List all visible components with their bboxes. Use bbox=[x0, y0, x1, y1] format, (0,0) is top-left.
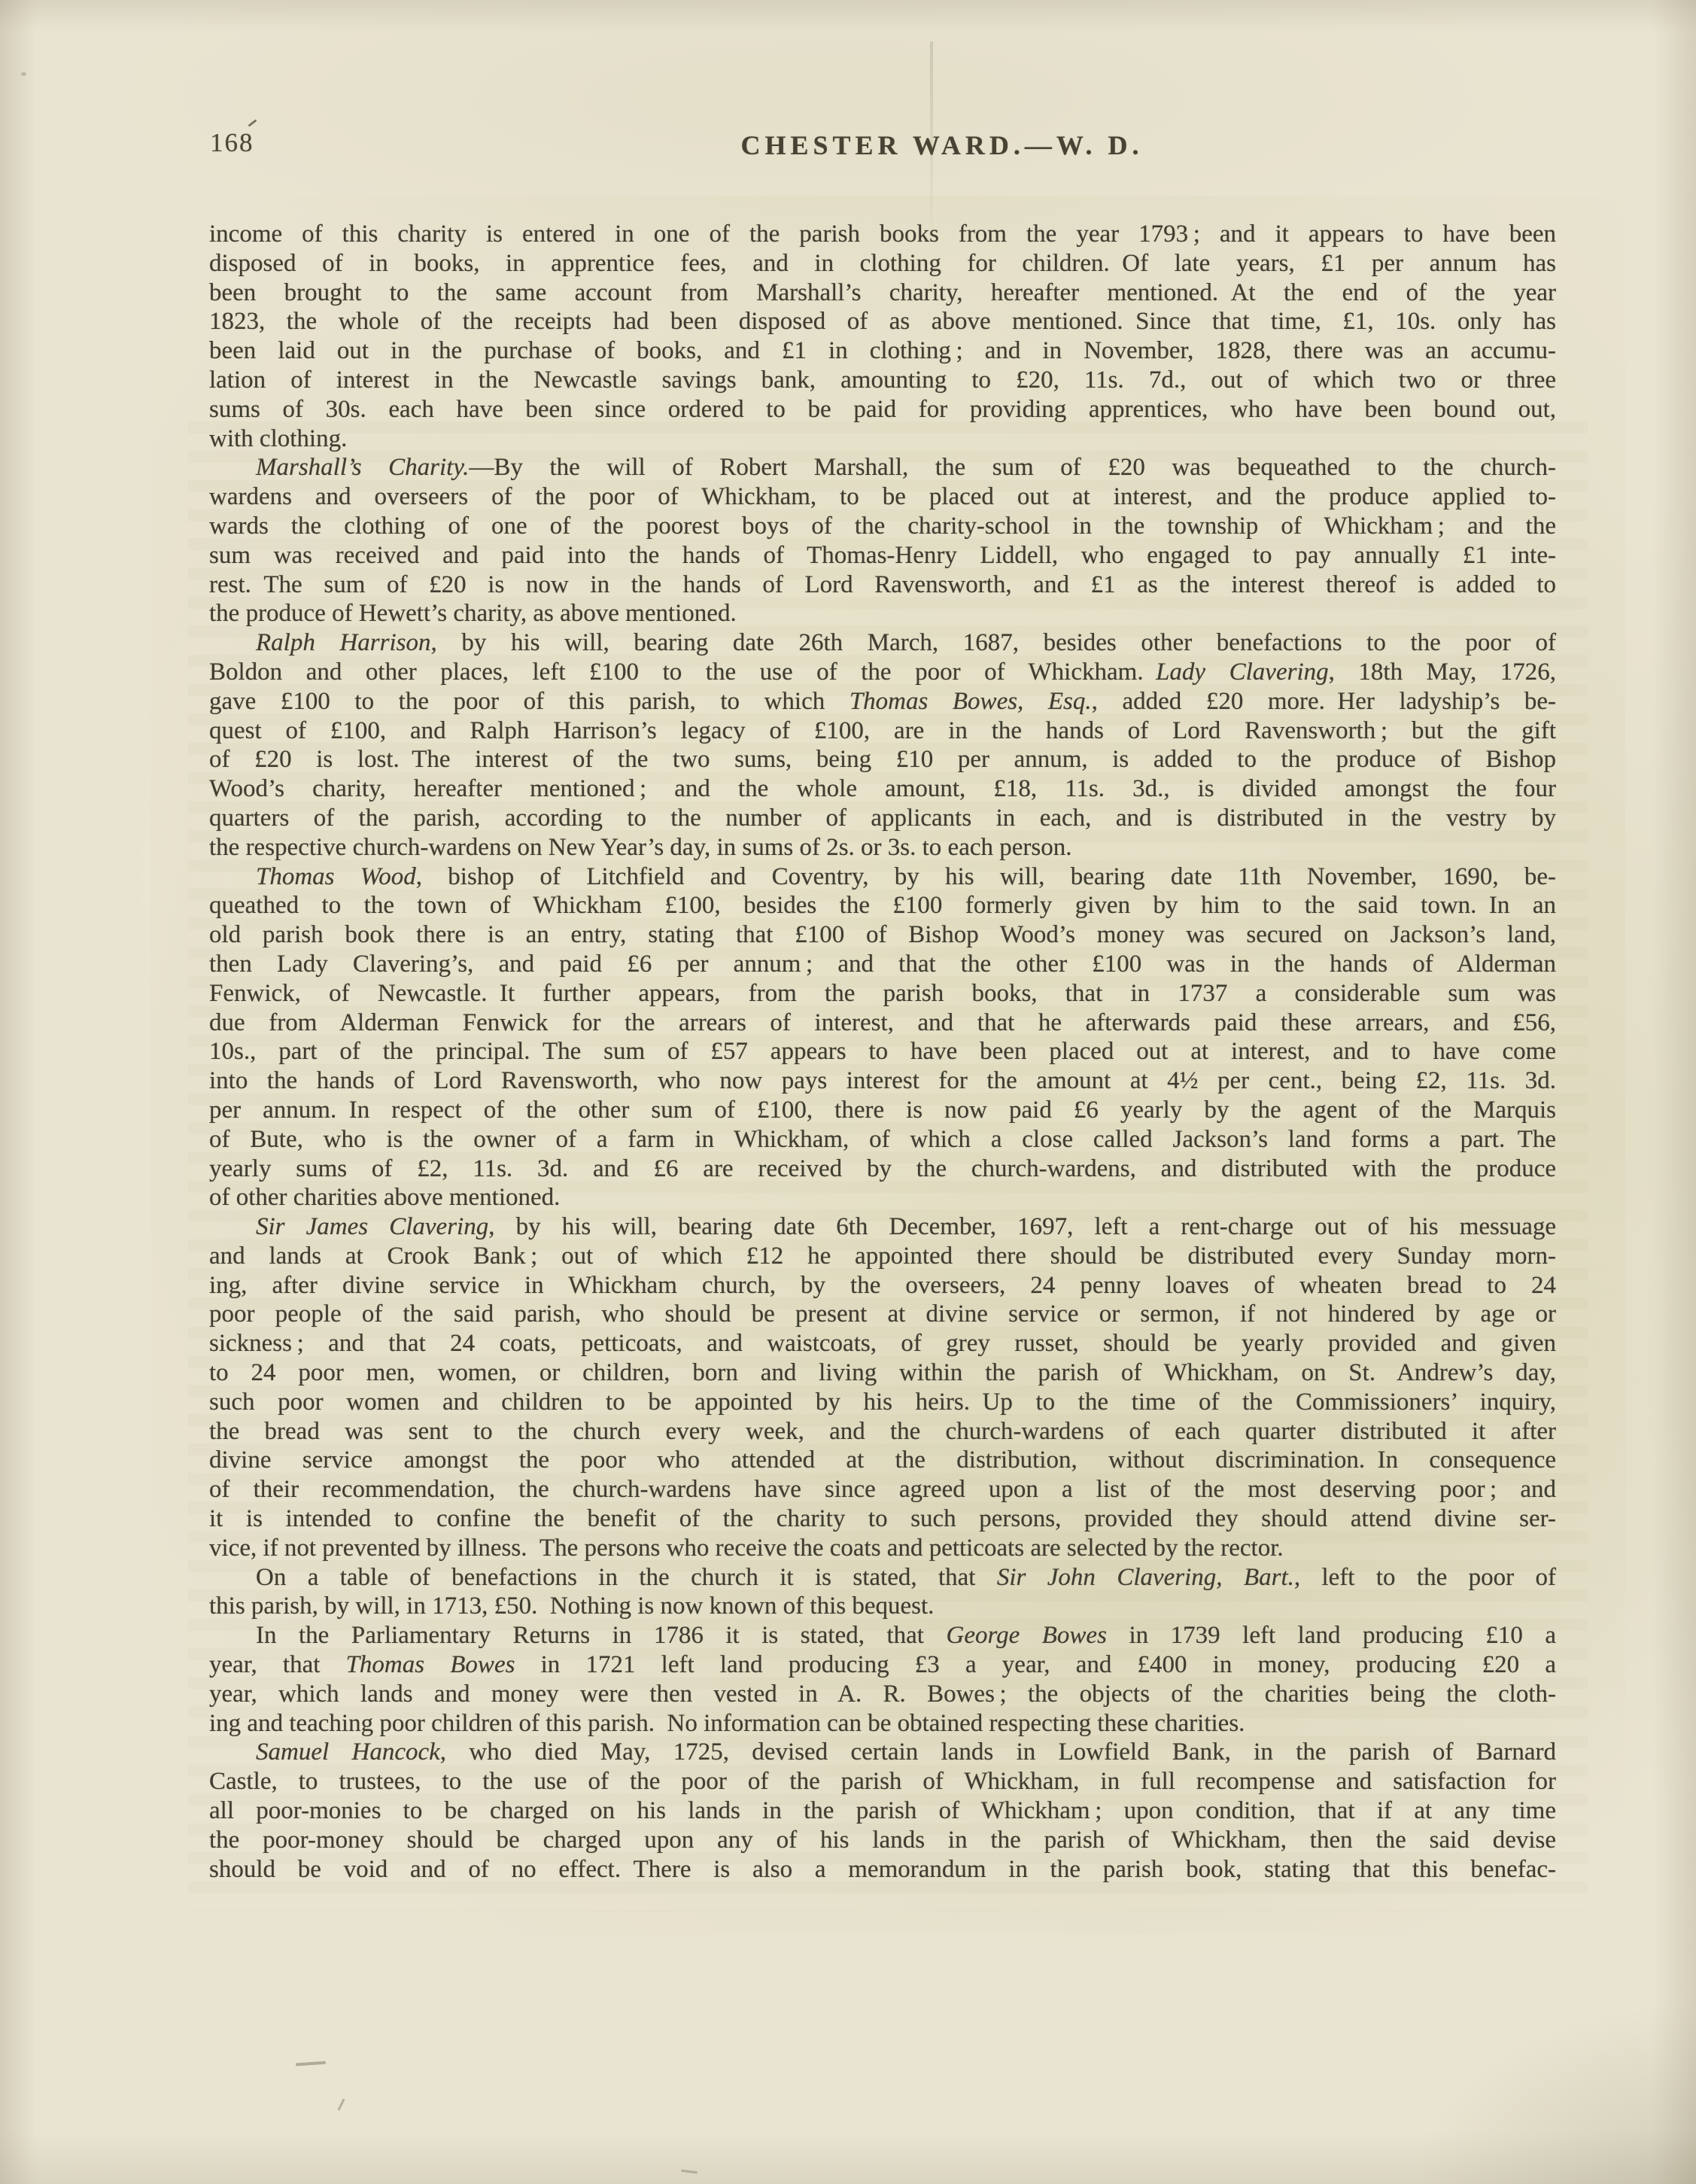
italic-text: George Bowes bbox=[947, 1622, 1107, 1649]
text-line: 10s., part of the principal. The sum of … bbox=[209, 1037, 1556, 1066]
text: income of this charity is entered in one… bbox=[209, 221, 1556, 248]
text: queathed to the town of Whickham £100, b… bbox=[209, 892, 1556, 919]
text: such poor women and children to be appoi… bbox=[209, 1389, 1556, 1416]
text: sums of 30s. each have been since ordere… bbox=[209, 396, 1556, 423]
page-number: 168 bbox=[210, 128, 254, 158]
text-line: then Lady Clavering’s, and paid £6 per a… bbox=[209, 950, 1556, 979]
text-line: the respective church-wardens on New Yea… bbox=[209, 833, 1556, 862]
text-line: all poor-monies to be charged on his lan… bbox=[209, 1796, 1556, 1826]
text-line: divine service amongst the poor who atte… bbox=[209, 1446, 1556, 1475]
text: poor people of the said parish, who shou… bbox=[209, 1300, 1556, 1328]
text: sickness ; and that 24 coats, petticoats… bbox=[209, 1330, 1556, 1357]
text: per annum. In respect of the other sum o… bbox=[209, 1097, 1556, 1124]
italic-text: Lady Clavering bbox=[1156, 659, 1329, 686]
text-line: such poor women and children to be appoi… bbox=[209, 1388, 1556, 1417]
text-line: of Bute, who is the owner of a farm in W… bbox=[209, 1125, 1556, 1154]
text-line: wardens and overseers of the poor of Whi… bbox=[209, 482, 1556, 512]
text: due from Alderman Fenwick for the arrear… bbox=[209, 1009, 1556, 1036]
text-line: year, that Thomas Bowes in 1721 left lan… bbox=[209, 1650, 1556, 1680]
paragraph: In the Parliamentary Returns in 1786 it … bbox=[209, 1621, 1556, 1738]
text-line: with clothing. bbox=[209, 424, 1556, 454]
text-line: yearly sums of £2, 11s. 3d. and £6 are r… bbox=[209, 1154, 1556, 1184]
text: Wood’s charity, hereafter mentioned ; an… bbox=[209, 775, 1556, 802]
text-line: been brought to the same account from Ma… bbox=[209, 278, 1556, 308]
paragraph: Thomas Wood, bishop of Litchfield and Co… bbox=[209, 862, 1556, 1213]
text-line: poor people of the said parish, who shou… bbox=[209, 1300, 1556, 1329]
text-line: of £20 is lost. The interest of the two … bbox=[209, 745, 1556, 774]
text: been laid out in the purchase of books, … bbox=[209, 337, 1556, 364]
text-line: income of this charity is entered in one… bbox=[209, 220, 1556, 249]
page-artifact bbox=[21, 72, 26, 76]
text: into the hands of Lord Ravensworth, who … bbox=[209, 1067, 1556, 1094]
text: then Lady Clavering’s, and paid £6 per a… bbox=[209, 951, 1556, 978]
text: quarters of the parish, according to the… bbox=[209, 805, 1556, 832]
text-block: income of this charity is entered in one… bbox=[209, 220, 1556, 1884]
text-line: sum was received and paid into the hands… bbox=[209, 541, 1556, 570]
text: 10s., part of the principal. The sum of … bbox=[209, 1038, 1556, 1065]
text: , who died May, 1725, devised certain la… bbox=[440, 1738, 1556, 1766]
text-line: old parish book there is an entry, stati… bbox=[209, 920, 1556, 950]
text: of £20 is lost. The interest of the two … bbox=[209, 746, 1556, 773]
text: wardens and overseers of the poor of Whi… bbox=[209, 483, 1556, 510]
italic-text: Sir James Clavering bbox=[256, 1213, 488, 1240]
text-line: 1823, the whole of the receipts had been… bbox=[209, 307, 1556, 336]
text-line: Fenwick, of Newcastle. It further appear… bbox=[209, 979, 1556, 1008]
text: of Bute, who is the owner of a farm in W… bbox=[209, 1126, 1556, 1153]
text-line: Samuel Hancock, who died May, 1725, devi… bbox=[209, 1738, 1556, 1767]
text: Boldon and other places, left £100 to th… bbox=[209, 659, 1156, 686]
text: On a table of benefactions in the church… bbox=[256, 1564, 997, 1591]
text-line: of other charities above mentioned. bbox=[209, 1183, 1556, 1212]
text: disposed of in books, in apprentice fees… bbox=[209, 250, 1556, 277]
text-line: due from Alderman Fenwick for the arrear… bbox=[209, 1008, 1556, 1038]
text: quest of £100, and Ralph Harrison’s lega… bbox=[209, 717, 1556, 744]
text: vice, if not prevented by illness. The p… bbox=[209, 1535, 1284, 1562]
text: lation of interest in the Newcastle savi… bbox=[209, 367, 1556, 394]
text: year, that bbox=[209, 1651, 346, 1678]
text-line: sickness ; and that 24 coats, petticoats… bbox=[209, 1329, 1556, 1358]
text: sum was received and paid into the hands… bbox=[209, 542, 1556, 569]
text-line: gave £100 to the poor of this parish, to… bbox=[209, 687, 1556, 716]
text-line: the poor-money should be charged upon an… bbox=[209, 1826, 1556, 1855]
text: it is intended to confine the benefit of… bbox=[209, 1505, 1556, 1532]
text: been brought to the same account from Ma… bbox=[209, 279, 1556, 306]
text: to 24 poor men, women, or children, born… bbox=[209, 1359, 1556, 1386]
text-line: quarters of the parish, according to the… bbox=[209, 804, 1556, 833]
text-line: and lands at Crook Bank ; out of which £… bbox=[209, 1242, 1556, 1271]
text-line: into the hands of Lord Ravensworth, who … bbox=[209, 1066, 1556, 1096]
text-line: wards the clothing of one of the poorest… bbox=[209, 512, 1556, 541]
text-line: Sir James Clavering, by his will, bearin… bbox=[209, 1212, 1556, 1242]
text-line: this parish, by will, in 1713, £50. Noth… bbox=[209, 1592, 1556, 1621]
text-line: it is intended to confine the benefit of… bbox=[209, 1504, 1556, 1534]
text: the respective church-wardens on New Yea… bbox=[209, 834, 1071, 861]
paragraph: On a table of benefactions in the church… bbox=[209, 1563, 1556, 1622]
paragraph: Marshall’s Charity.—By the will of Rober… bbox=[209, 453, 1556, 628]
text-line: Ralph Harrison, by his will, bearing dat… bbox=[209, 628, 1556, 658]
text-line: lation of interest in the Newcastle savi… bbox=[209, 366, 1556, 395]
italic-text: Samuel Hancock bbox=[256, 1738, 440, 1766]
text-line: disposed of in books, in apprentice fees… bbox=[209, 249, 1556, 278]
text: , bishop of Litchfield and Coventry, by … bbox=[416, 863, 1556, 890]
text: year, which lands and money were then ve… bbox=[209, 1681, 1556, 1708]
italic-text: Thomas Bowes bbox=[346, 1651, 515, 1678]
text-line: year, which lands and money were then ve… bbox=[209, 1680, 1556, 1709]
page-artifact bbox=[296, 2061, 326, 2067]
text: and lands at Crook Bank ; out of which £… bbox=[209, 1243, 1556, 1270]
text-line: been laid out in the purchase of books, … bbox=[209, 336, 1556, 366]
text-line: Boldon and other places, left £100 to th… bbox=[209, 658, 1556, 687]
text-line: ing, after divine service in Whickham ch… bbox=[209, 1271, 1556, 1300]
text: gave £100 to the poor of this parish, to… bbox=[209, 688, 850, 715]
text-line: the bread was sent to the church every w… bbox=[209, 1417, 1556, 1446]
paragraph: Sir James Clavering, by his will, bearin… bbox=[209, 1212, 1556, 1563]
text: rest. The sum of £20 is now in the hands… bbox=[209, 571, 1556, 598]
text: of their recommendation, the church-ward… bbox=[209, 1476, 1556, 1503]
text: of other charities above mentioned. bbox=[209, 1184, 560, 1211]
text: in 1739 left land producing £10 a bbox=[1107, 1622, 1556, 1649]
text: , by his will, bearing date 6th December… bbox=[488, 1213, 1556, 1240]
text-line: ing and teaching poor children of this p… bbox=[209, 1709, 1556, 1738]
italic-text: Ralph Harrison bbox=[256, 629, 430, 656]
text: the produce of Hewett’s charity, as abov… bbox=[209, 600, 737, 627]
text-line: sums of 30s. each have been since ordere… bbox=[209, 395, 1556, 424]
text-line: should be void and of no effect. There i… bbox=[209, 1855, 1556, 1884]
italic-text: Thomas Wood bbox=[256, 863, 416, 890]
text-line: In the Parliamentary Returns in 1786 it … bbox=[209, 1621, 1556, 1650]
text-line: the produce of Hewett’s charity, as abov… bbox=[209, 599, 1556, 628]
text: Castle, to trustees, to the use of the p… bbox=[209, 1768, 1556, 1795]
text: the bread was sent to the church every w… bbox=[209, 1418, 1556, 1445]
text-line: of their recommendation, the church-ward… bbox=[209, 1475, 1556, 1504]
text-line: Castle, to trustees, to the use of the p… bbox=[209, 1767, 1556, 1796]
text-line: Thomas Wood, bishop of Litchfield and Co… bbox=[209, 862, 1556, 892]
page-artifact bbox=[681, 2170, 698, 2174]
text-line: Wood’s charity, hereafter mentioned ; an… bbox=[209, 774, 1556, 804]
text: ing, after divine service in Whickham ch… bbox=[209, 1272, 1556, 1299]
text: in 1721 left land producing £3 a year, a… bbox=[515, 1651, 1556, 1678]
text-line: rest. The sum of £20 is now in the hands… bbox=[209, 570, 1556, 600]
text: ing and teaching poor children of this p… bbox=[209, 1710, 1245, 1737]
text-line: On a table of benefactions in the church… bbox=[209, 1563, 1556, 1592]
text-line: to 24 poor men, women, or children, born… bbox=[209, 1358, 1556, 1388]
text: Fenwick, of Newcastle. It further appear… bbox=[209, 980, 1556, 1007]
text-line: Marshall’s Charity.—By the will of Rober… bbox=[209, 453, 1556, 482]
paragraph: income of this charity is entered in one… bbox=[209, 220, 1556, 453]
text: old parish book there is an entry, stati… bbox=[209, 921, 1556, 948]
paragraph: Samuel Hancock, who died May, 1725, devi… bbox=[209, 1738, 1556, 1884]
text: , 18th May, 1726, bbox=[1329, 659, 1556, 686]
text: In the Parliamentary Returns in 1786 it … bbox=[256, 1622, 947, 1649]
text-line: vice, if not prevented by illness. The p… bbox=[209, 1534, 1556, 1563]
italic-text: Thomas Bowes, Esq. bbox=[850, 688, 1092, 715]
text: 1823, the whole of the receipts had been… bbox=[209, 308, 1556, 335]
italic-text: Sir John Clavering, Bart. bbox=[997, 1564, 1294, 1591]
text-line: per annum. In respect of the other sum o… bbox=[209, 1096, 1556, 1125]
text: —By the will of Robert Marshall, the sum… bbox=[469, 454, 1556, 481]
text: all poor-monies to be charged on his lan… bbox=[209, 1797, 1556, 1824]
page-artifact bbox=[337, 2098, 345, 2111]
text: , by his will, bearing date 26th March, … bbox=[430, 629, 1556, 656]
text: yearly sums of £2, 11s. 3d. and £6 are r… bbox=[209, 1155, 1556, 1182]
text: with clothing. bbox=[209, 425, 347, 452]
text: should be void and of no effect. There i… bbox=[209, 1856, 1556, 1883]
italic-text: Marshall’s Charity. bbox=[256, 454, 469, 481]
text-line: queathed to the town of Whickham £100, b… bbox=[209, 891, 1556, 920]
text-line: quest of £100, and Ralph Harrison’s lega… bbox=[209, 716, 1556, 746]
text: this parish, by will, in 1713, £50. Noth… bbox=[209, 1592, 934, 1620]
text: wards the clothing of one of the poorest… bbox=[209, 513, 1556, 540]
page-title: CHESTER WARD.—W. D. bbox=[740, 129, 1143, 161]
book-page: 168 CHESTER WARD.—W. D. income of this c… bbox=[0, 0, 1696, 2184]
text: divine service amongst the poor who atte… bbox=[209, 1446, 1556, 1474]
text: , left to the poor of bbox=[1294, 1564, 1556, 1591]
paragraph: Ralph Harrison, by his will, bearing dat… bbox=[209, 628, 1556, 862]
text: the poor-money should be charged upon an… bbox=[209, 1827, 1556, 1854]
text: , added £20 more. Her ladyship’s be- bbox=[1092, 688, 1556, 715]
